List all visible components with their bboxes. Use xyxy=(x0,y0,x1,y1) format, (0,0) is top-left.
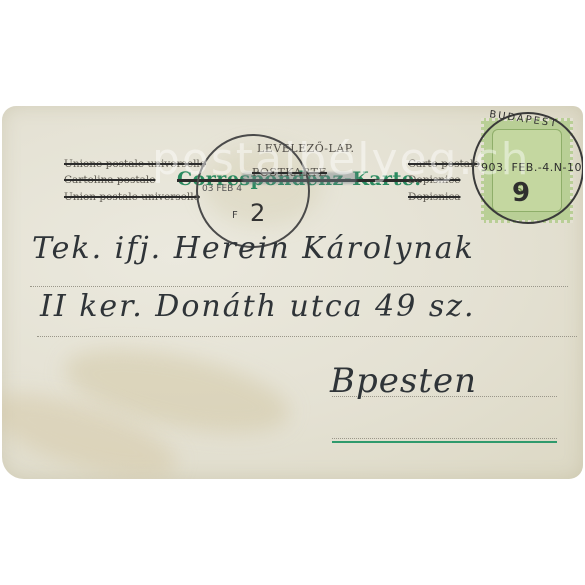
printed-right-line-3: Dopisnica xyxy=(408,191,460,203)
address-line-4 xyxy=(332,438,557,439)
postmark-secondary-number: 2 xyxy=(250,199,265,227)
handwritten-recipient: Tek. ifj. Herein Károlynak xyxy=(32,231,475,266)
address-line-1 xyxy=(30,286,568,287)
printed-left-line-3: Union postale universelle xyxy=(64,191,200,203)
printed-left-line-2: Cartolina postale xyxy=(64,174,155,186)
handwritten-street: II ker. Donáth utca 49 sz. xyxy=(40,289,476,324)
postmark-secondary-date: 03 FEB 4 xyxy=(202,184,242,194)
green-rule xyxy=(332,441,557,443)
handwritten-city: Bpesten xyxy=(330,361,477,401)
postcard-back: Unione postale universelle Cartolina pos… xyxy=(2,106,583,479)
address-line-2 xyxy=(37,336,577,337)
postmark-secondary-letter: F xyxy=(232,210,238,221)
watermark: postaibélyeg.ch xyxy=(152,134,531,185)
